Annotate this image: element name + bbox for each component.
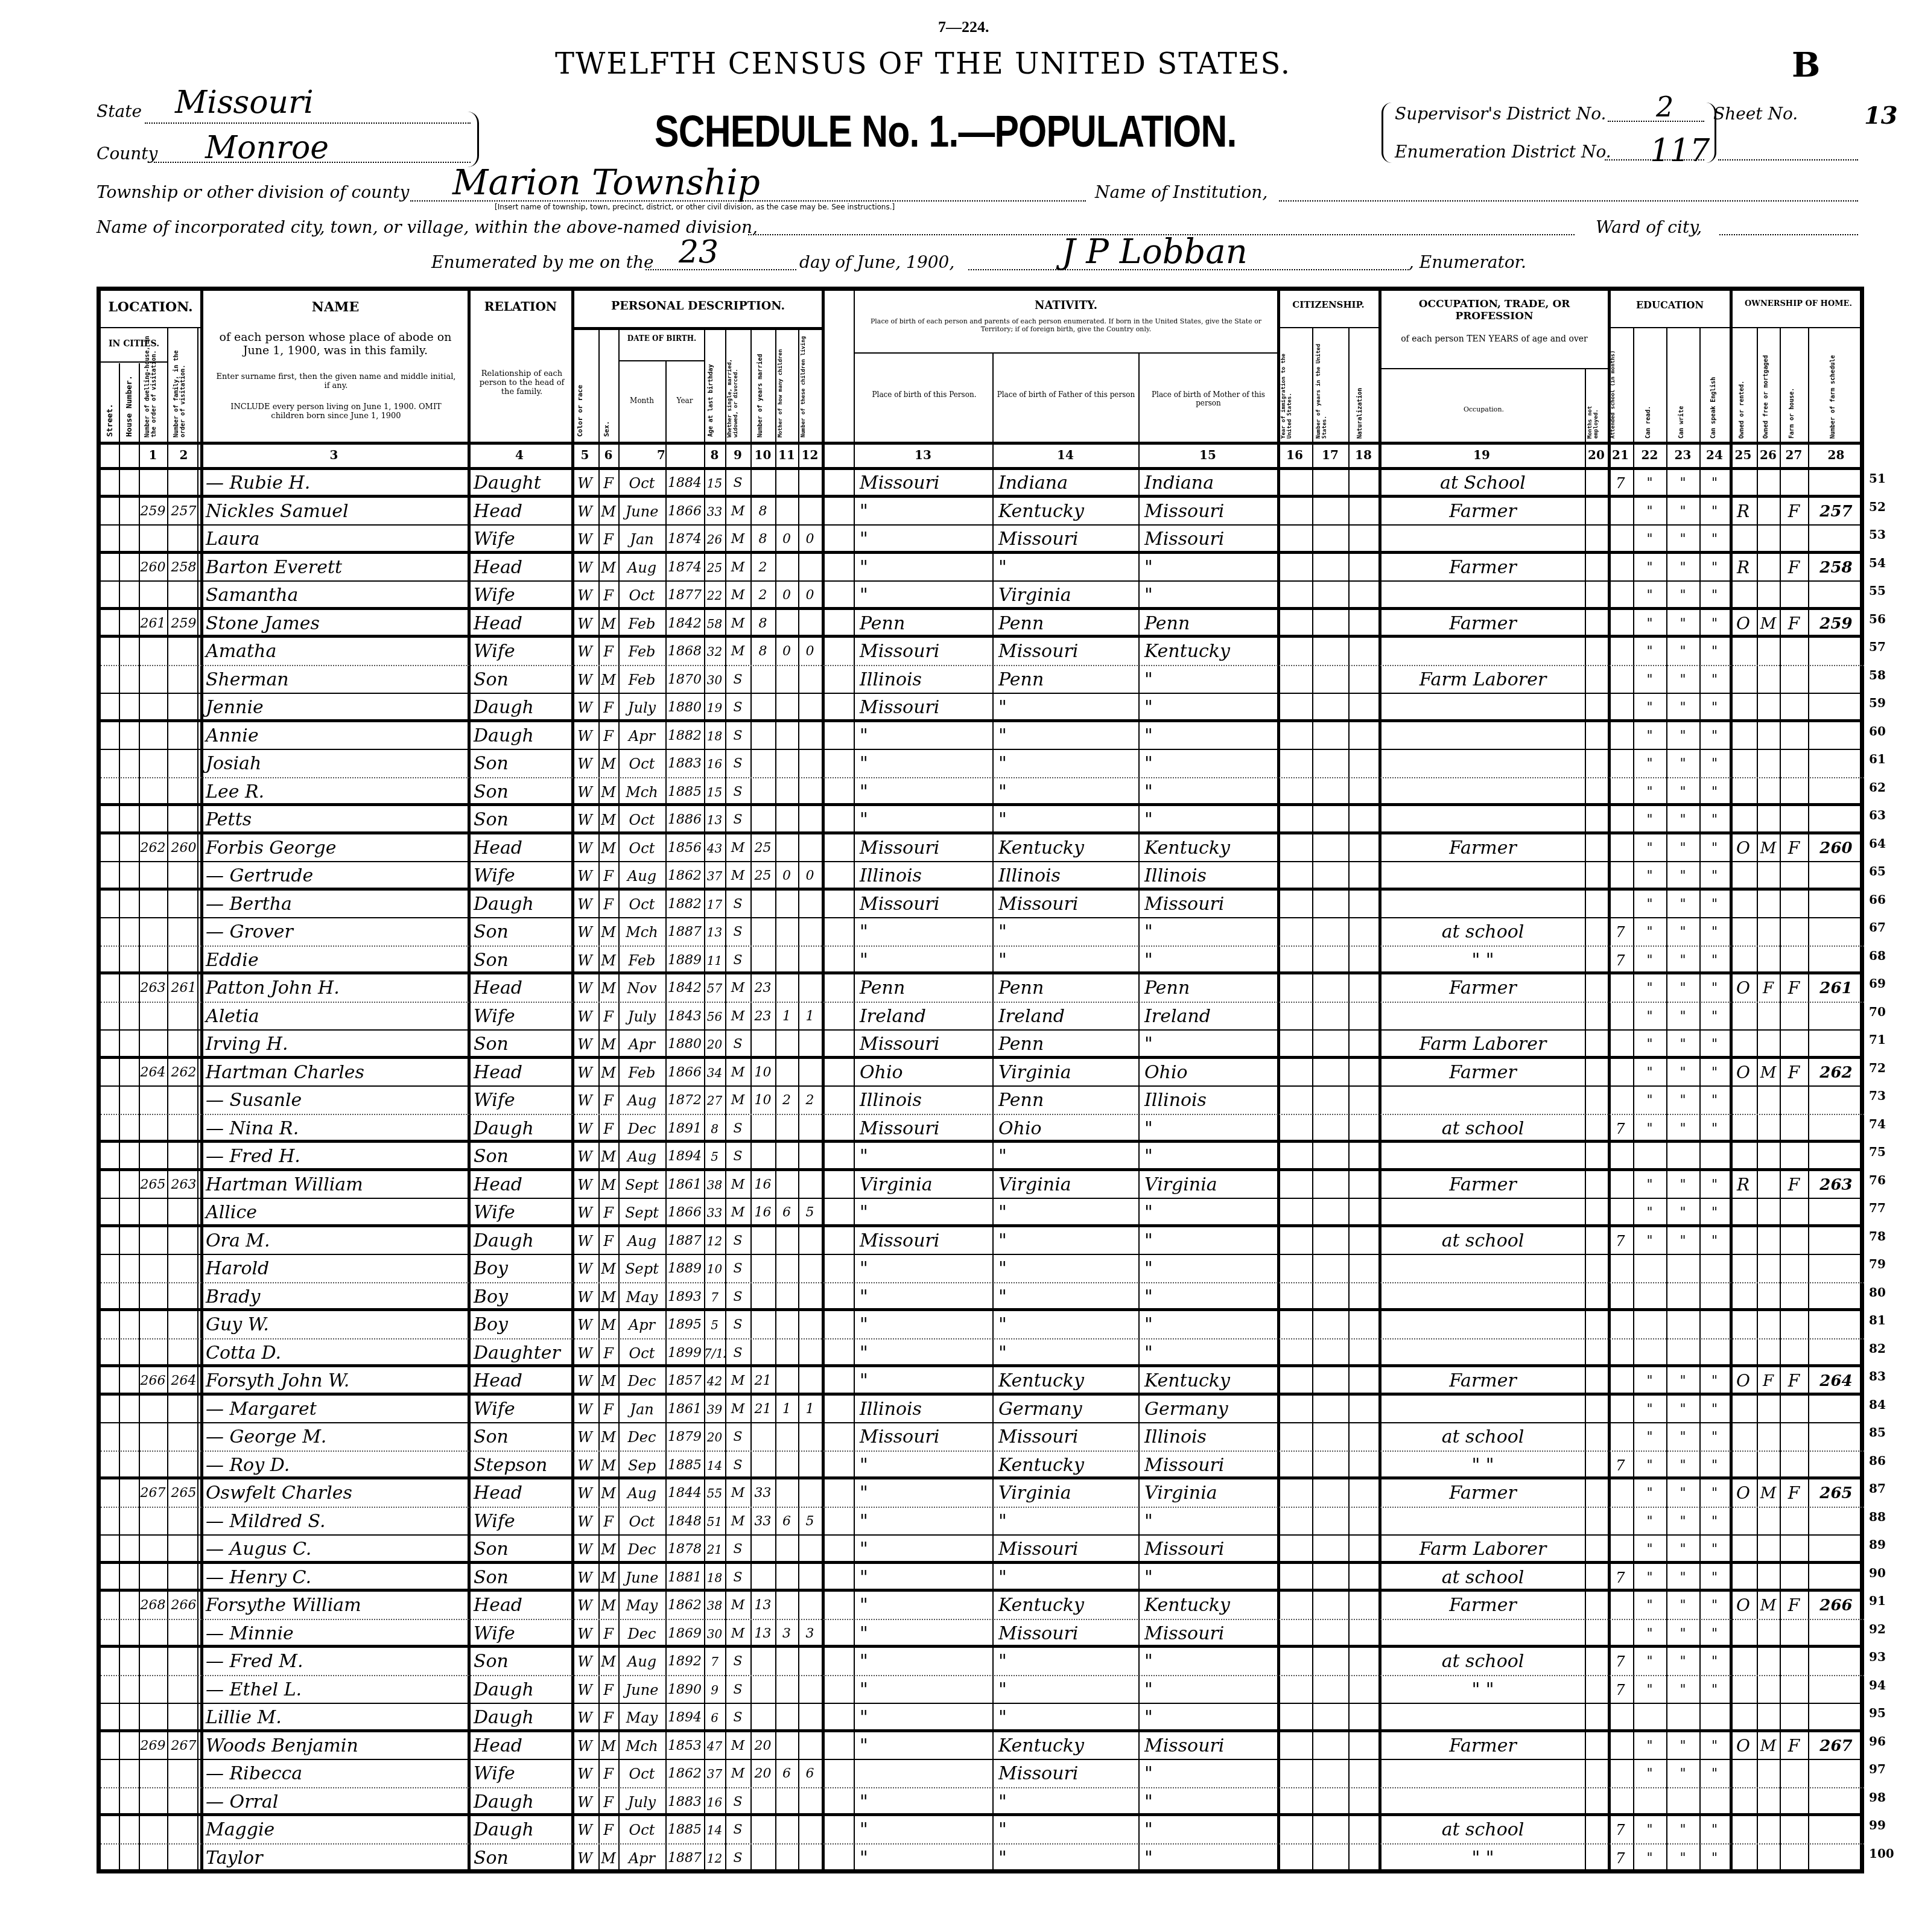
age: 39: [704, 1396, 725, 1423]
can-speak-english: ": [1699, 862, 1730, 888]
table-row[interactable]: Harold Boy W M Sept 1889 10 S " " ": [101, 1255, 1864, 1283]
years-married: 16: [750, 1171, 775, 1198]
years-married: [750, 1115, 775, 1140]
attended-school: 7: [1608, 1564, 1633, 1589]
can-speak-english: ": [1699, 1732, 1730, 1759]
farm-house: [1780, 1199, 1808, 1224]
children-living: 2: [798, 1087, 822, 1114]
person-name: Harold: [202, 1255, 471, 1282]
sex: F: [598, 1788, 618, 1814]
color: W: [571, 1816, 598, 1843]
table-row[interactable]: Aletia Wife W F July 1843 56 M 23 1 1 Ir…: [101, 1003, 1864, 1031]
line-number: 80: [1869, 1285, 1886, 1300]
family-number: 258: [167, 554, 200, 581]
table-row[interactable]: Petts Son W M Oct 1886 13 S " " " " " ": [101, 806, 1864, 834]
farm-house: [1780, 1115, 1808, 1140]
person-name: Hartman Charles: [202, 1059, 471, 1086]
attended-school: [1608, 498, 1633, 525]
table-row[interactable]: 265 263 Hartman William Head W M Sept 18…: [101, 1171, 1864, 1200]
can-speak-english: ": [1699, 498, 1730, 525]
marital-status: S: [725, 1283, 750, 1309]
table-row[interactable]: Annie Daugh W F Apr 1882 18 S " " " " " …: [101, 722, 1864, 751]
attended-school: [1608, 1255, 1633, 1282]
family-number: [167, 1199, 200, 1224]
month-heading: Month: [618, 396, 665, 405]
column-number: 28: [1808, 448, 1864, 462]
family-number: [167, 1508, 200, 1535]
years-married: [750, 1816, 775, 1843]
color: W: [571, 1648, 598, 1675]
birthplace-father: ": [995, 1508, 1142, 1535]
birth-year: 1881: [665, 1564, 704, 1589]
occupation: at School: [1381, 469, 1585, 495]
enumerator-name[interactable]: J P Lobban: [1062, 232, 1248, 272]
color: W: [571, 1059, 598, 1086]
birth-year: 1885: [665, 1452, 704, 1477]
dwelling-number: [139, 582, 167, 607]
owned-rented: [1730, 947, 1757, 972]
marital-status: S: [725, 1227, 750, 1254]
line-number: 62: [1869, 780, 1886, 795]
birth-month: Sept: [618, 1171, 665, 1198]
population-table: LOCATION. IN CITIES. NAME of each person…: [97, 287, 1864, 1873]
relation: Son: [470, 666, 575, 693]
person-name: Annie: [202, 722, 471, 749]
table-row[interactable]: Maggie Daugh W F Oct 1885 14 S " " " at …: [101, 1816, 1864, 1845]
farm-schedule-number: [1808, 1283, 1864, 1309]
birthplace-person: ": [856, 498, 996, 525]
can-write: ": [1666, 1648, 1699, 1675]
can-read: ": [1633, 1479, 1666, 1507]
children-living: [798, 1704, 822, 1729]
children-living-header: Number of these children living: [801, 332, 820, 437]
table-row[interactable]: Brady Boy W M May 1893 7 S " " ": [101, 1283, 1864, 1312]
owned-free: [1757, 1003, 1780, 1030]
table-row[interactable]: Allice Wife W F Sept 1866 33 M 16 6 5 " …: [101, 1199, 1864, 1227]
birth-month: Aug: [618, 862, 665, 888]
months-unemployed: [1585, 694, 1608, 719]
dwelling-number: [139, 1423, 167, 1451]
sex: M: [598, 1564, 618, 1589]
birth-month: Mch: [618, 1732, 665, 1759]
age: 43: [704, 834, 725, 862]
person-name: — Margaret: [202, 1396, 471, 1423]
birth-year: 1893: [665, 1283, 704, 1309]
sex: M: [598, 1423, 618, 1451]
enumerated-suffix: day of June, 1900,: [799, 252, 954, 272]
can-read: ": [1633, 722, 1666, 749]
attended-school: [1608, 1367, 1633, 1393]
birthplace-father: Penn: [995, 974, 1142, 1002]
mother-of: [775, 1255, 798, 1282]
can-read: ": [1633, 1367, 1666, 1393]
can-read: ": [1633, 918, 1666, 945]
line-number: 83: [1869, 1369, 1886, 1384]
can-write: ": [1666, 1087, 1699, 1114]
family-number: [167, 1676, 200, 1703]
months-unemployed: [1585, 1255, 1608, 1282]
children-living: 6: [798, 1760, 822, 1787]
table-row[interactable]: — Fred M. Son W M Aug 1892 7 S " " " at …: [101, 1648, 1864, 1676]
birthplace-person: Penn: [856, 610, 996, 635]
table-row[interactable]: Cotta D. Daughter W F Oct 1899 7/12 S " …: [101, 1339, 1864, 1368]
owned-rented: [1730, 582, 1757, 607]
can-read: ": [1633, 526, 1666, 551]
owned-rented: [1730, 1396, 1757, 1423]
occupation: Farm Laborer: [1381, 1536, 1585, 1561]
table-row[interactable]: Irving H. Son W M Apr 1880 20 S Missouri…: [101, 1031, 1864, 1059]
table-row[interactable]: — Henry C. Son W M June 1881 18 S " " " …: [101, 1564, 1864, 1592]
owned-free: M: [1757, 1059, 1780, 1086]
owned-rented: [1730, 1816, 1757, 1843]
column-number: 14: [992, 448, 1138, 462]
birth-month: Oct: [618, 834, 665, 862]
table-row[interactable]: — Bertha Daugh W F Oct 1882 17 S Missour…: [101, 891, 1864, 919]
table-row[interactable]: 261 259 Stone James Head W M Feb 1842 58…: [101, 610, 1864, 638]
owned-rented: [1730, 1031, 1757, 1056]
months-unemployed: [1585, 554, 1608, 581]
owned-free: [1757, 554, 1780, 581]
owned-free: [1757, 947, 1780, 972]
can-write: ": [1666, 778, 1699, 804]
can-read: [1633, 1704, 1666, 1729]
marital-status: S: [725, 778, 750, 804]
farm-schedule-number: [1808, 1031, 1864, 1056]
table-row[interactable]: — Roy D. Stepson W M Sep 1885 14 S " Ken…: [101, 1452, 1864, 1480]
person-name: Aletia: [202, 1003, 471, 1030]
can-write: ": [1666, 918, 1699, 945]
birth-month: July: [618, 1003, 665, 1030]
owned-free: [1757, 1536, 1780, 1561]
family-number: [167, 862, 200, 888]
farm-house: [1780, 666, 1808, 693]
farm-house: [1780, 638, 1808, 665]
table-row[interactable]: — Ethel L. Daugh W F June 1890 9 S " " "…: [101, 1676, 1864, 1705]
owned-free: [1757, 1816, 1780, 1843]
occupation: Farm Laborer: [1381, 666, 1585, 693]
table-row[interactable]: Guy W. Boy W M Apr 1895 5 S " " ": [101, 1311, 1864, 1339]
sheet-label: Sheet No.: [1713, 104, 1798, 124]
mother-of: [775, 554, 798, 581]
birth-month: Apr: [618, 722, 665, 749]
birthplace-father: Ohio: [995, 1115, 1142, 1140]
name-heading: NAME: [203, 299, 468, 315]
owned-rented: [1730, 1311, 1757, 1338]
table-row[interactable]: 262 260 Forbis George Head W M Oct 1856 …: [101, 834, 1864, 863]
can-read: ": [1633, 750, 1666, 777]
can-speak-english: ": [1699, 1508, 1730, 1535]
birthplace-person: ": [856, 1452, 996, 1477]
owned-free-header: Owned free or mortgaged: [1763, 333, 1769, 439]
table-row[interactable]: — Nina R. Daugh W F Dec 1891 8 S Missour…: [101, 1115, 1864, 1143]
farm-house: [1780, 1283, 1808, 1309]
marital-status: M: [725, 1003, 750, 1030]
color: W: [571, 778, 598, 804]
relation: Son: [470, 1648, 575, 1675]
family-number: [167, 947, 200, 972]
can-speak-english: ": [1699, 1059, 1730, 1086]
age: 7/12: [704, 1339, 725, 1365]
line-number: 68: [1869, 949, 1886, 963]
children-living: 1: [798, 1003, 822, 1030]
table-row[interactable]: Ora M. Daugh W F Aug 1887 12 S Missouri …: [101, 1227, 1864, 1256]
birthplace-father: ": [995, 1199, 1142, 1224]
table-row[interactable]: 268 266 Forsythe William Head W M May 18…: [101, 1592, 1864, 1620]
table-row[interactable]: 267 265 Oswfelt Charles Head W M Aug 184…: [101, 1479, 1864, 1508]
birthplace-person: ": [856, 1536, 996, 1561]
can-speak-english: ": [1699, 1592, 1730, 1619]
can-speak-english: ": [1699, 1620, 1730, 1645]
farm-house: [1780, 722, 1808, 749]
sex: F: [598, 1676, 618, 1703]
birthplace-father: ": [995, 1816, 1142, 1843]
table-row[interactable]: — Augus C. Son W M Dec 1878 21 S " Misso…: [101, 1536, 1864, 1564]
farm-house: F: [1780, 554, 1808, 581]
family-number: [167, 1311, 200, 1338]
mother-of: [775, 1732, 798, 1759]
table-row[interactable]: Josiah Son W M Oct 1883 16 S " " " " " ": [101, 750, 1864, 778]
column-number: 9: [725, 448, 750, 462]
supervisor-value[interactable]: 2: [1656, 91, 1673, 123]
table-row[interactable]: 266 264 Forsyth John W. Head W M Dec 185…: [101, 1367, 1864, 1396]
marital-status: S: [725, 1115, 750, 1140]
table-row[interactable]: — Rubie H. Daught W F Oct 1884 15 S Miss…: [101, 469, 1864, 498]
relation: Son: [470, 1423, 575, 1451]
birthplace-mother: Virginia: [1141, 1171, 1281, 1198]
person-name: Josiah: [202, 750, 471, 777]
owned-free: [1757, 722, 1780, 749]
birth-year: 1882: [665, 891, 704, 918]
can-write: ": [1666, 1115, 1699, 1140]
occupation: at school: [1381, 1648, 1585, 1675]
months-unemployed: [1585, 862, 1608, 888]
color: W: [571, 1311, 598, 1338]
color: W: [571, 1423, 598, 1451]
schedule-title: SCHEDULE No. 1.—POPULATION.: [655, 106, 1237, 157]
color: W: [571, 1115, 598, 1140]
line-number: 54: [1869, 556, 1886, 570]
birthplace-person: ": [856, 1367, 996, 1393]
years-married: 23: [750, 974, 775, 1002]
table-row[interactable]: Lillie M. Daugh W F May 1894 6 S " " ": [101, 1704, 1864, 1732]
mother-of: [775, 750, 798, 777]
occupation: Farmer: [1381, 610, 1585, 635]
county-value[interactable]: Monroe: [205, 130, 329, 166]
owned-free: [1757, 1704, 1780, 1729]
farm-house: F: [1780, 974, 1808, 1002]
months-unemployed: [1585, 1396, 1608, 1423]
mother-of: [775, 1339, 798, 1365]
children-living: 1: [798, 1396, 822, 1423]
table-row[interactable]: — George M. Son W M Dec 1879 20 S Missou…: [101, 1423, 1864, 1452]
table-row[interactable]: — Grover Son W M Mch 1887 13 S " " " at …: [101, 918, 1864, 947]
years-married: [750, 1255, 775, 1282]
birth-year: 1848: [665, 1508, 704, 1535]
occupation: [1381, 1760, 1585, 1787]
mother-of: [775, 722, 798, 749]
table-row[interactable]: — Minnie Wife W F Dec 1869 30 M 13 3 3 "…: [101, 1620, 1864, 1648]
can-speak-english: [1699, 1255, 1730, 1282]
children-living: [798, 554, 822, 581]
marital-status: S: [725, 1648, 750, 1675]
children-living: [798, 722, 822, 749]
sex: M: [598, 498, 618, 525]
children-living: [798, 694, 822, 719]
farm-schedule-number: [1808, 1704, 1864, 1729]
birth-month: Aug: [618, 1143, 665, 1168]
attended-school: [1608, 1620, 1633, 1645]
table-row[interactable]: — Mildred S. Wife W F Oct 1848 51 M 33 6…: [101, 1508, 1864, 1536]
sheet-value[interactable]: 13: [1864, 101, 1898, 130]
can-read: ": [1633, 1423, 1666, 1451]
birth-father-heading: Place of birth of Father of this person: [995, 390, 1137, 399]
children-living: [798, 750, 822, 777]
table-row[interactable]: — Susanle Wife W F Aug 1872 27 M 10 2 2 …: [101, 1087, 1864, 1115]
age: 13: [704, 918, 725, 945]
township-value[interactable]: Marion Township: [452, 162, 760, 203]
birth-year: 1862: [665, 862, 704, 888]
months-unemployed: [1585, 469, 1608, 495]
marital-status: S: [725, 750, 750, 777]
birth-year: 1895: [665, 1311, 704, 1338]
color: W: [571, 1760, 598, 1787]
education-heading: EDUCATION: [1610, 299, 1730, 311]
line-number: 96: [1869, 1734, 1886, 1749]
birthplace-person: ": [856, 1816, 996, 1843]
birthplace-mother: ": [1141, 1143, 1281, 1168]
can-write-header: Can write: [1678, 393, 1685, 439]
birth-month: Sept: [618, 1255, 665, 1282]
birthplace-father: ": [995, 1227, 1142, 1254]
dwelling-number: [139, 1536, 167, 1561]
birth-year: 1870: [665, 666, 704, 693]
table-row[interactable]: Jennie Daugh W F July 1880 19 S Missouri…: [101, 694, 1864, 722]
sex: F: [598, 1704, 618, 1729]
table-row[interactable]: Laura Wife W F Jan 1874 26 M 8 0 0 " Mis…: [101, 526, 1864, 554]
table-row[interactable]: Taylor Son W M Apr 1887 12 S " " " " " 7…: [101, 1845, 1864, 1873]
months-unemployed: [1585, 666, 1608, 693]
table-row[interactable]: Eddie Son W M Feb 1889 11 S " " " " " 7 …: [101, 947, 1864, 975]
can-write: ": [1666, 1620, 1699, 1645]
children-living: [798, 1031, 822, 1056]
farm-house: [1780, 1536, 1808, 1561]
table-row[interactable]: Samantha Wife W F Oct 1877 22 M 2 0 0 " …: [101, 582, 1864, 610]
ward-label: Ward of city,: [1596, 217, 1702, 237]
column-number: 10: [750, 448, 775, 462]
table-row[interactable]: 259 257 Nickles Samuel Head W M June 186…: [101, 498, 1864, 526]
birth-month: Oct: [618, 1816, 665, 1843]
birth-year: 1842: [665, 974, 704, 1002]
occupation-heading: OCCUPATION, TRADE, OR PROFESSION: [1381, 298, 1608, 322]
table-row[interactable]: — Gertrude Wife W F Aug 1862 37 M 25 0 0…: [101, 862, 1864, 891]
dwelling-number: 259: [139, 498, 167, 525]
can-read: ": [1633, 947, 1666, 972]
table-row[interactable]: — Ribecca Wife W F Oct 1862 37 M 20 6 6 …: [101, 1760, 1864, 1788]
table-row[interactable]: 260 258 Barton Everett Head W M Aug 1874…: [101, 554, 1864, 582]
state-value[interactable]: Missouri: [175, 84, 314, 121]
table-row[interactable]: Amatha Wife W F Feb 1868 32 M 8 0 0 Miss…: [101, 638, 1864, 666]
farm-schedule-number: [1808, 1227, 1864, 1254]
birth-year: 1885: [665, 1816, 704, 1843]
family-number: [167, 1564, 200, 1589]
table-row[interactable]: 269 267 Woods Benjamin Head W M Mch 1853…: [101, 1732, 1864, 1761]
line-number: 98: [1869, 1790, 1886, 1805]
sex: M: [598, 1479, 618, 1507]
owned-rented: [1730, 1143, 1757, 1168]
owned-free: [1757, 1339, 1780, 1365]
occupation: Farmer: [1381, 1732, 1585, 1759]
farm-schedule-number: [1808, 1816, 1864, 1843]
birth-month: Oct: [618, 469, 665, 495]
can-write: ": [1666, 834, 1699, 862]
attended-school: [1608, 891, 1633, 918]
line-number: 70: [1869, 1005, 1886, 1019]
birth-year: 1885: [665, 778, 704, 804]
birthplace-mother: Missouri: [1141, 526, 1281, 551]
table-row[interactable]: Lee R. Son W M Mch 1885 15 S " " " " " ": [101, 778, 1864, 807]
line-number: 87: [1869, 1481, 1886, 1496]
dwelling-number: 266: [139, 1367, 167, 1393]
mother-of: 6: [775, 1760, 798, 1787]
children-living: [798, 947, 822, 972]
years-married: [750, 722, 775, 749]
can-speak-english: ": [1699, 638, 1730, 665]
occupation: [1381, 1620, 1585, 1645]
owned-free: [1757, 1845, 1780, 1872]
table-row[interactable]: Sherman Son W M Feb 1870 30 S Illinois P…: [101, 666, 1864, 694]
nativity-description: Place of birth of each person and parent…: [858, 317, 1274, 333]
months-unemployed: [1585, 1199, 1608, 1224]
birthplace-father: ": [995, 1704, 1142, 1729]
owned-free: [1757, 582, 1780, 607]
line-number: 85: [1869, 1425, 1886, 1440]
can-write: ": [1666, 862, 1699, 888]
birthplace-mother: ": [1141, 1115, 1281, 1140]
owned-rented: [1730, 694, 1757, 719]
years-married: [750, 469, 775, 495]
months-unemployed: [1585, 1227, 1608, 1254]
marital-status: S: [725, 1423, 750, 1451]
mother-of: [775, 1031, 798, 1056]
column-number: 17: [1312, 448, 1348, 462]
owned-rented: [1730, 1564, 1757, 1589]
enumerated-day[interactable]: 23: [679, 234, 718, 270]
table-row[interactable]: — Orral Daugh W F July 1883 16 S " " ": [101, 1788, 1864, 1817]
farm-house: [1780, 1423, 1808, 1451]
mother-of: [775, 1479, 798, 1507]
sex: F: [598, 1339, 618, 1365]
column-number: 16: [1277, 448, 1312, 462]
farm-schedule-number: [1808, 1788, 1864, 1814]
color: W: [571, 1227, 598, 1254]
family-number: [167, 1704, 200, 1729]
age: 34: [704, 1059, 725, 1086]
table-row[interactable]: 264 262 Hartman Charles Head W M Feb 186…: [101, 1059, 1864, 1087]
person-name: Barton Everett: [202, 554, 471, 581]
occupation: [1381, 1003, 1585, 1030]
birthplace-person: ": [856, 1311, 996, 1338]
birthplace-father: ": [995, 1255, 1142, 1282]
farm-schedule-number: [1808, 1564, 1864, 1589]
table-row[interactable]: 263 261 Patton John H. Head W M Nov 1842…: [101, 974, 1864, 1003]
can-write: ": [1666, 891, 1699, 918]
table-row[interactable]: — Fred H. Son W M Aug 1894 5 S " " ": [101, 1143, 1864, 1171]
owned-free: M: [1757, 1479, 1780, 1507]
table-row[interactable]: — Margaret Wife W F Jan 1861 39 M 21 1 1…: [101, 1396, 1864, 1424]
can-write: ": [1666, 666, 1699, 693]
farm-schedule-number: [1808, 806, 1864, 831]
enumeration-value[interactable]: 117: [1650, 133, 1710, 169]
